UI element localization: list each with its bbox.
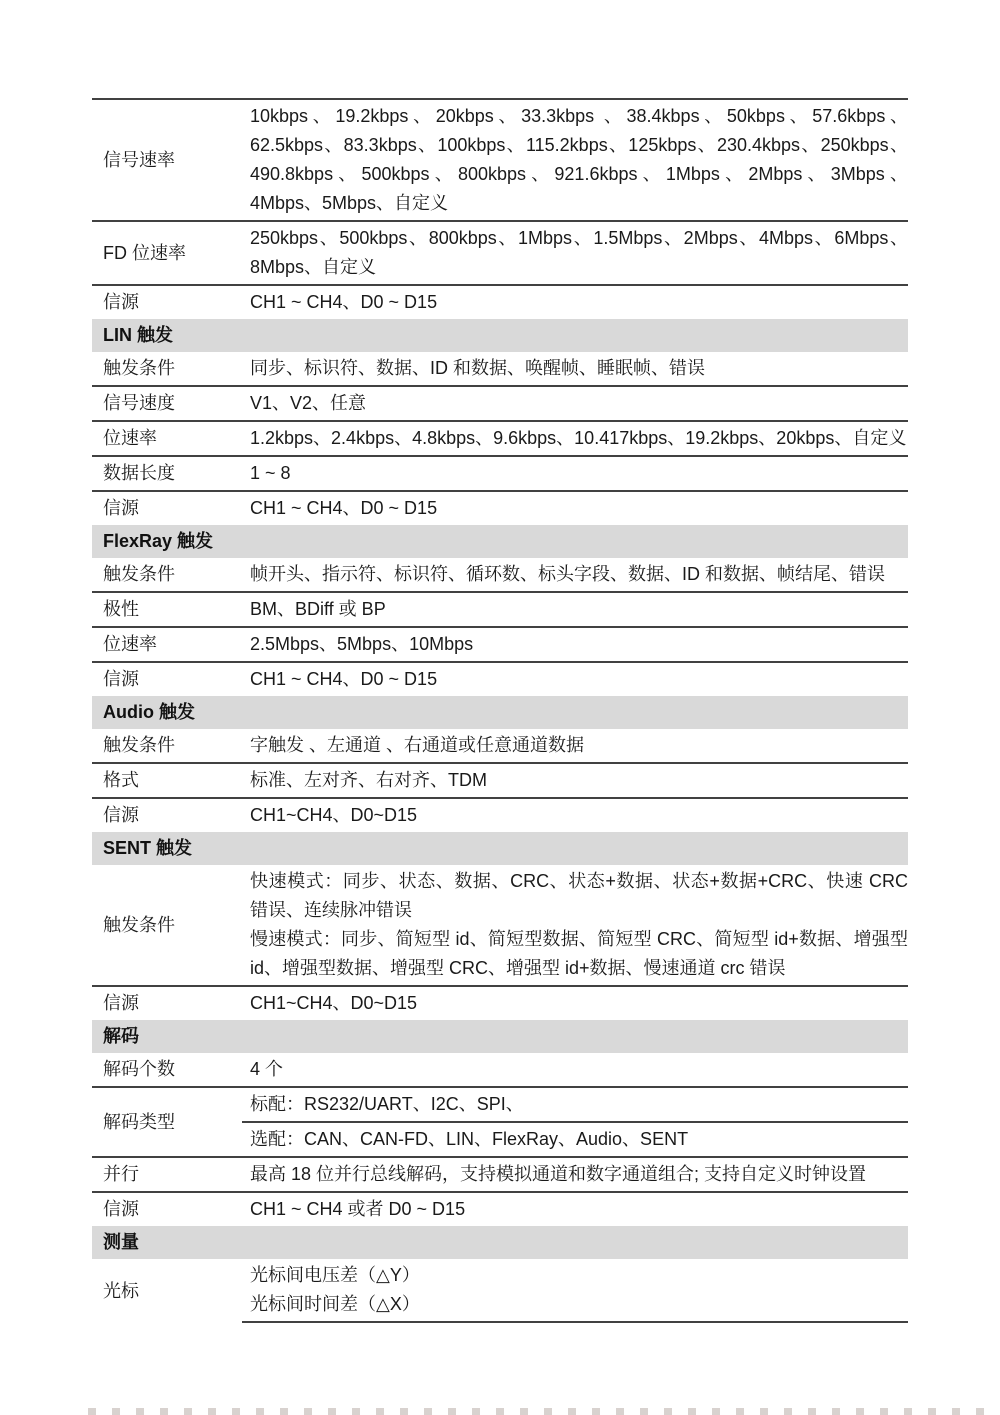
section-rows: 解码个数4 个解码类型标配：RS232/UART、I2C、SPI、选配：CAN、… (92, 1053, 908, 1226)
table-row: 触发条件同步、标识符、数据、ID 和数据、唤醒帧、睡眠帧、错误 (92, 352, 908, 385)
section-rows: 触发条件帧开头、指示符、标识符、循环数、标头字段、数据、ID 和数据、帧结尾、错… (92, 558, 908, 696)
row-value: 标配：RS232/UART、I2C、SPI、选配：CAN、CAN-FD、LIN、… (242, 1088, 908, 1156)
datasheet-page: 信号速率10kbps、19.2kbps、20kbps、33.3kbps 、38.… (0, 0, 1000, 1415)
table-row: 信源CH1~CH4、D0~D15 (92, 797, 908, 832)
row-label: 信号速度 (92, 387, 242, 420)
row-value-text: 10kbps、19.2kbps、20kbps、33.3kbps 、38.4kbp… (250, 102, 908, 218)
row-label: FD 位速率 (92, 222, 242, 284)
row-value: CH1 ~ CH4 或者 D0 ~ D15 (242, 1193, 908, 1226)
row-label: 信号速率 (92, 100, 242, 220)
row-value-text: 4 个 (250, 1055, 908, 1084)
row-value: 最高 18 位并行总线解码，支持模拟通道和数字通道组合; 支持自定义时钟设置 (242, 1158, 908, 1191)
row-value: 同步、标识符、数据、ID 和数据、唤醒帧、睡眠帧、错误 (242, 352, 908, 385)
row-label: 信源 (92, 1193, 242, 1226)
spec-table: 信号速率10kbps、19.2kbps、20kbps、33.3kbps 、38.… (92, 98, 908, 1323)
row-value-subrow: 选配：CAN、CAN-FD、LIN、FlexRay、Audio、SENT (242, 1121, 908, 1156)
row-label: 解码个数 (92, 1053, 242, 1086)
row-value-text: 250kbps、500kbps、800kbps、1Mbps、1.5Mbps、2M… (250, 224, 908, 282)
table-row: FD 位速率250kbps、500kbps、800kbps、1Mbps、1.5M… (92, 220, 908, 284)
row-value: 2.5Mbps、5Mbps、10Mbps (242, 628, 908, 661)
row-label: 触发条件 (92, 352, 242, 385)
row-value: 标准、左对齐、右对齐、TDM (242, 764, 908, 797)
section-rows: 信号速率10kbps、19.2kbps、20kbps、33.3kbps 、38.… (92, 100, 908, 319)
row-label: 触发条件 (92, 558, 242, 591)
table-row: 信号速率10kbps、19.2kbps、20kbps、33.3kbps 、38.… (92, 100, 908, 220)
row-value-text: 同步、标识符、数据、ID 和数据、唤醒帧、睡眠帧、错误 (250, 354, 908, 383)
row-label: 信源 (92, 492, 242, 525)
row-value-text: V1、V2、任意 (250, 389, 908, 418)
section-header: LIN 触发 (92, 319, 908, 352)
row-value: CH1~CH4、D0~D15 (242, 987, 908, 1020)
section-header: Audio 触发 (92, 696, 908, 729)
row-value-text: 2.5Mbps、5Mbps、10Mbps (250, 630, 908, 659)
row-value-text: 字触发 、左通道 、右通道或任意通道数据 (250, 731, 908, 760)
table-row: 信源CH1 ~ CH4、D0 ~ D15 (92, 661, 908, 696)
table-row: 解码类型标配：RS232/UART、I2C、SPI、选配：CAN、CAN-FD、… (92, 1086, 908, 1156)
row-value: CH1 ~ CH4、D0 ~ D15 (242, 286, 908, 319)
table-row: 极性BM、BDiff 或 BP (92, 591, 908, 626)
row-label: 位速率 (92, 422, 242, 455)
row-value-text: 帧开头、指示符、标识符、循环数、标头字段、数据、ID 和数据、帧结尾、错误 (250, 560, 908, 589)
row-value: 光标间电压差（△Y）光标间时间差（△X） (242, 1259, 908, 1323)
table-row: 信源CH1 ~ CH4、D0 ~ D15 (92, 490, 908, 525)
table-row: 光标光标间电压差（△Y）光标间时间差（△X） (92, 1259, 908, 1323)
row-value-text: CH1~CH4、D0~D15 (250, 801, 908, 830)
row-value-text: CH1 ~ CH4、D0 ~ D15 (250, 665, 908, 694)
row-value: 10kbps、19.2kbps、20kbps、33.3kbps 、38.4kbp… (242, 100, 908, 220)
row-value: 1 ~ 8 (242, 457, 908, 490)
table-row: 信源CH1~CH4、D0~D15 (92, 985, 908, 1020)
section-header: 解码 (92, 1020, 908, 1053)
row-label: 极性 (92, 593, 242, 626)
row-label: 光标 (92, 1259, 242, 1323)
row-label: 信源 (92, 286, 242, 319)
row-value-text: CH1 ~ CH4、D0 ~ D15 (250, 288, 908, 317)
table-row: 位速率2.5Mbps、5Mbps、10Mbps (92, 626, 908, 661)
table-row: 信源CH1 ~ CH4 或者 D0 ~ D15 (92, 1191, 908, 1226)
section-header: SENT 触发 (92, 832, 908, 865)
row-value-text: 最高 18 位并行总线解码，支持模拟通道和数字通道组合; 支持自定义时钟设置 (250, 1160, 908, 1189)
row-value: 1.2kbps、2.4kbps、4.8kbps、9.6kbps、10.417kb… (242, 422, 908, 455)
table-row: 触发条件帧开头、指示符、标识符、循环数、标头字段、数据、ID 和数据、帧结尾、错… (92, 558, 908, 591)
table-row: 触发条件快速模式：同步、状态、数据、CRC、状态+数据、状态+数据+CRC、快速… (92, 865, 908, 985)
row-value-text: BM、BDiff 或 BP (250, 595, 908, 624)
table-row: 位速率1.2kbps、2.4kbps、4.8kbps、9.6kbps、10.41… (92, 420, 908, 455)
row-value: V1、V2、任意 (242, 387, 908, 420)
row-value-text: CH1 ~ CH4 或者 D0 ~ D15 (250, 1195, 908, 1224)
row-label: 解码类型 (92, 1088, 242, 1156)
section-rows: 触发条件同步、标识符、数据、ID 和数据、唤醒帧、睡眠帧、错误信号速度V1、V2… (92, 352, 908, 525)
section-header: FlexRay 触发 (92, 525, 908, 558)
row-value-line: 光标间电压差（△Y） (250, 1261, 908, 1290)
table-row: 并行最高 18 位并行总线解码，支持模拟通道和数字通道组合; 支持自定义时钟设置 (92, 1156, 908, 1191)
table-row: 信源CH1 ~ CH4、D0 ~ D15 (92, 284, 908, 319)
row-value: CH1 ~ CH4、D0 ~ D15 (242, 663, 908, 696)
row-value-text: 标准、左对齐、右对齐、TDM (250, 766, 908, 795)
section-header: 测量 (92, 1226, 908, 1259)
section-rows: 触发条件字触发 、左通道 、右通道或任意通道数据格式标准、左对齐、右对齐、TDM… (92, 729, 908, 832)
row-value: 字触发 、左通道 、右通道或任意通道数据 (242, 729, 908, 762)
row-value-text: 1 ~ 8 (250, 459, 908, 488)
section-rows: 光标光标间电压差（△Y）光标间时间差（△X） (92, 1259, 908, 1323)
row-value: 4 个 (242, 1053, 908, 1086)
row-value-text: CH1~CH4、D0~D15 (250, 989, 908, 1018)
row-value: BM、BDiff 或 BP (242, 593, 908, 626)
table-row: 触发条件字触发 、左通道 、右通道或任意通道数据 (92, 729, 908, 762)
row-label: 触发条件 (92, 865, 242, 985)
table-row: 信号速度V1、V2、任意 (92, 385, 908, 420)
row-value: CH1~CH4、D0~D15 (242, 799, 908, 832)
section-rows: 触发条件快速模式：同步、状态、数据、CRC、状态+数据、状态+数据+CRC、快速… (92, 865, 908, 1020)
row-value-line: 快速模式：同步、状态、数据、CRC、状态+数据、状态+数据+CRC、快速 CRC… (250, 867, 908, 925)
row-value-text: 1.2kbps、2.4kbps、4.8kbps、9.6kbps、10.417kb… (250, 424, 908, 453)
row-label: 位速率 (92, 628, 242, 661)
row-value-line: 光标间时间差（△X） (250, 1290, 908, 1319)
row-value-subrow: 标配：RS232/UART、I2C、SPI、 (242, 1088, 908, 1121)
table-row: 数据长度1 ~ 8 (92, 455, 908, 490)
row-label: 并行 (92, 1158, 242, 1191)
row-value: 帧开头、指示符、标识符、循环数、标头字段、数据、ID 和数据、帧结尾、错误 (242, 558, 908, 591)
row-value-line: 慢速模式：同步、简短型 id、简短型数据、简短型 CRC、简短型 id+数据、增… (250, 925, 908, 983)
row-label: 信源 (92, 987, 242, 1020)
page-edge-perforation (88, 1408, 1000, 1415)
row-value-text: CH1 ~ CH4、D0 ~ D15 (250, 494, 908, 523)
row-label: 信源 (92, 799, 242, 832)
row-label: 格式 (92, 764, 242, 797)
row-label: 触发条件 (92, 729, 242, 762)
row-label: 信源 (92, 663, 242, 696)
row-value: 250kbps、500kbps、800kbps、1Mbps、1.5Mbps、2M… (242, 222, 908, 284)
table-row: 解码个数4 个 (92, 1053, 908, 1086)
row-value: 快速模式：同步、状态、数据、CRC、状态+数据、状态+数据+CRC、快速 CRC… (242, 865, 908, 985)
row-label: 数据长度 (92, 457, 242, 490)
table-row: 格式标准、左对齐、右对齐、TDM (92, 762, 908, 797)
row-value: CH1 ~ CH4、D0 ~ D15 (242, 492, 908, 525)
